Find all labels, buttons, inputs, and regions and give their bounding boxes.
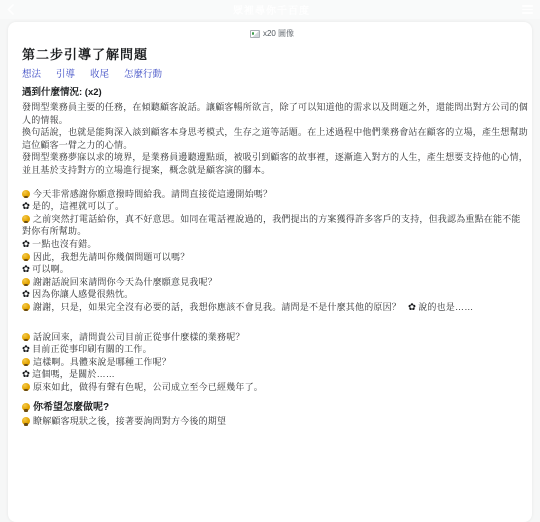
top-bar: 眾裡尋你千百度 — [0, 0, 540, 19]
article-paragraphs: 發問型業務員主要的任務，在傾聽顧客說話。讓顧客暢所欲言，除了可以知道他的需求以及… — [22, 101, 528, 177]
flower-icon: ✿ — [22, 290, 30, 300]
dialogue-line: ✿因為你讓人感覺很熱忱。 — [22, 288, 528, 301]
dialogue-text: 今天非常感謝你願意撥時間給我。請問直接從這邊開始嗎？ — [33, 189, 272, 199]
dialogue-text: 這樣啊。具體來說是哪種工作呢？ — [33, 357, 171, 367]
dialogue-line: 話說回來，請問貴公司目前正從事什麼樣的業務呢？ — [22, 331, 528, 344]
dialogue-line: ✿是的，這裡就可以了。 — [22, 200, 528, 213]
broken-image-icon — [250, 30, 260, 38]
dialogue-line: 謝謝話說回來請問你今天為什麼願意見我呢？ — [22, 276, 528, 289]
article-links: 想法 引導 收尾 怎麼行動 — [14, 66, 530, 80]
dialogue-text: 一點也沒有錯。 — [32, 239, 96, 249]
dialogue-text: 這個嗎，是關於…… — [32, 369, 115, 379]
link-shouwei[interactable]: 收尾 — [90, 66, 109, 80]
dialogue-line: 今天非常感謝你願意撥時間給我。請問直接從這邊開始嗎？ — [22, 188, 528, 201]
dialogue-text: 謝謝話說回來請問你今天為什麼願意見我呢？ — [33, 277, 217, 287]
back-chevron-icon — [7, 4, 14, 15]
dialogue-line: ✿目前正從事印刷有關的工作。 — [22, 343, 528, 356]
dialogue-text: 因為你讓人感覺很熱忱。 — [32, 289, 133, 299]
dialogue-block-2: 話說回來，請問貴公司目前正從事什麼樣的業務呢？✿目前正從事印刷有關的工作。這樣啊… — [22, 331, 528, 394]
dialogue-text: 是的，這裡就可以了。 — [32, 201, 124, 211]
dialogue-text: 話說回來，請問貴公司目前正從事什麼樣的業務呢？ — [33, 332, 245, 342]
flower-icon: ✿ — [22, 240, 30, 250]
dialogue-text: 可以啊。 — [32, 264, 69, 274]
flower-icon: ✿ — [408, 303, 416, 313]
flower-icon: ✿ — [22, 265, 30, 275]
bulb-icon — [22, 190, 30, 198]
dialogue-text: 目前正從事印刷有關的工作。 — [32, 344, 152, 354]
menu-icon[interactable] — [522, 5, 533, 14]
link-yindao[interactable]: 引導 — [56, 66, 75, 80]
dialogue-line: ✿這個嗎，是關於…… — [22, 368, 528, 381]
dialogue-text: 說的也是…… — [418, 302, 473, 312]
bulb-icon — [22, 278, 30, 286]
dialogue-line: 因此，我想先請叫你幾個問題可以嗎？ — [22, 251, 528, 264]
section-subheading: 遇到什麼情況: (x2) — [14, 84, 530, 98]
bulb-icon — [22, 215, 30, 223]
broken-image-label: x20 圖像 — [263, 29, 294, 38]
bulb-icon — [22, 358, 30, 366]
bulb-icon — [22, 303, 30, 311]
dialogue-line: 原來如此，做得有聲有色呢，公司成立至今已經幾年了。 — [22, 381, 528, 394]
link-xiangfa[interactable]: 想法 — [22, 66, 41, 80]
dialogue-line: 之前突然打電話給你，真不好意思。如同在電話裡說過的，我們提出的方案獲得許多客戶的… — [22, 213, 528, 238]
broken-image-placeholder: x20 圖像 — [14, 29, 530, 39]
dialogue-line: ✿可以啊。 — [22, 263, 528, 276]
page-header-title: 眾裡尋你千百度 — [21, 2, 522, 17]
dialogue-text: 之前突然打電話給你，真不好意思。如同在電話裡說過的，我們提出的方案獲得許多客戶的… — [22, 214, 521, 237]
dialogue-text: 原來如此，做得有聲有色呢，公司成立至今已經幾年了。 — [33, 382, 263, 392]
back-button[interactable] — [7, 4, 21, 15]
dialogue-line: ✿一點也沒有錯。 — [22, 238, 528, 251]
article-title: 第二步引導了解問題 — [14, 44, 530, 63]
dialogue-line: 謝謝，只是，如果完全沒有必要的話，我想你應該不會見我。請問是不是什麼其他的原因？… — [22, 301, 528, 314]
dialogue-text: 因此，我想先請叫你幾個問題可以嗎？ — [33, 252, 189, 262]
bulb-icon — [22, 333, 30, 341]
flower-icon: ✿ — [22, 202, 30, 212]
article-card: x20 圖像 第二步引導了解問題 想法 引導 收尾 怎麼行動 遇到什麼情況: (… — [8, 22, 532, 405]
bulb-icon — [22, 383, 30, 391]
flower-icon: ✿ — [22, 370, 30, 380]
bulb-icon — [22, 253, 30, 261]
paragraph: 發問型業務員主要的任務，在傾聽顧客說話。讓顧客暢所欲言，除了可以知道他的需求以及… — [22, 101, 528, 126]
link-zenmexingdong[interactable]: 怎麼行動 — [124, 66, 162, 80]
dialogue-text: 謝謝，只是，如果完全沒有必要的話，我想你應該不會見我。請問是不是什麼其他的原因？ — [33, 302, 401, 312]
flower-icon: ✿ — [22, 345, 30, 355]
dialogue-block-1: 今天非常感謝你願意撥時間給我。請問直接從這邊開始嗎？✿是的，這裡就可以了。之前突… — [22, 188, 528, 314]
dialogue-line: 這樣啊。具體來說是哪種工作呢？ — [22, 356, 528, 369]
article-content: 發問型業務員主要的任務，在傾聽顧客說話。讓顧客暢所欲言，除了可以知道他的需求以及… — [14, 101, 530, 405]
paragraph: 發問型業務夢寐以求的境界，是業務員邊聽邊點頭，被吸引到顧客的故事裡，逐漸進入對方… — [22, 151, 528, 176]
paragraph: 換句話說，也就是能夠深入談到顧客本身思考模式，生存之道等話題。在上述過程中他們業… — [22, 126, 528, 151]
